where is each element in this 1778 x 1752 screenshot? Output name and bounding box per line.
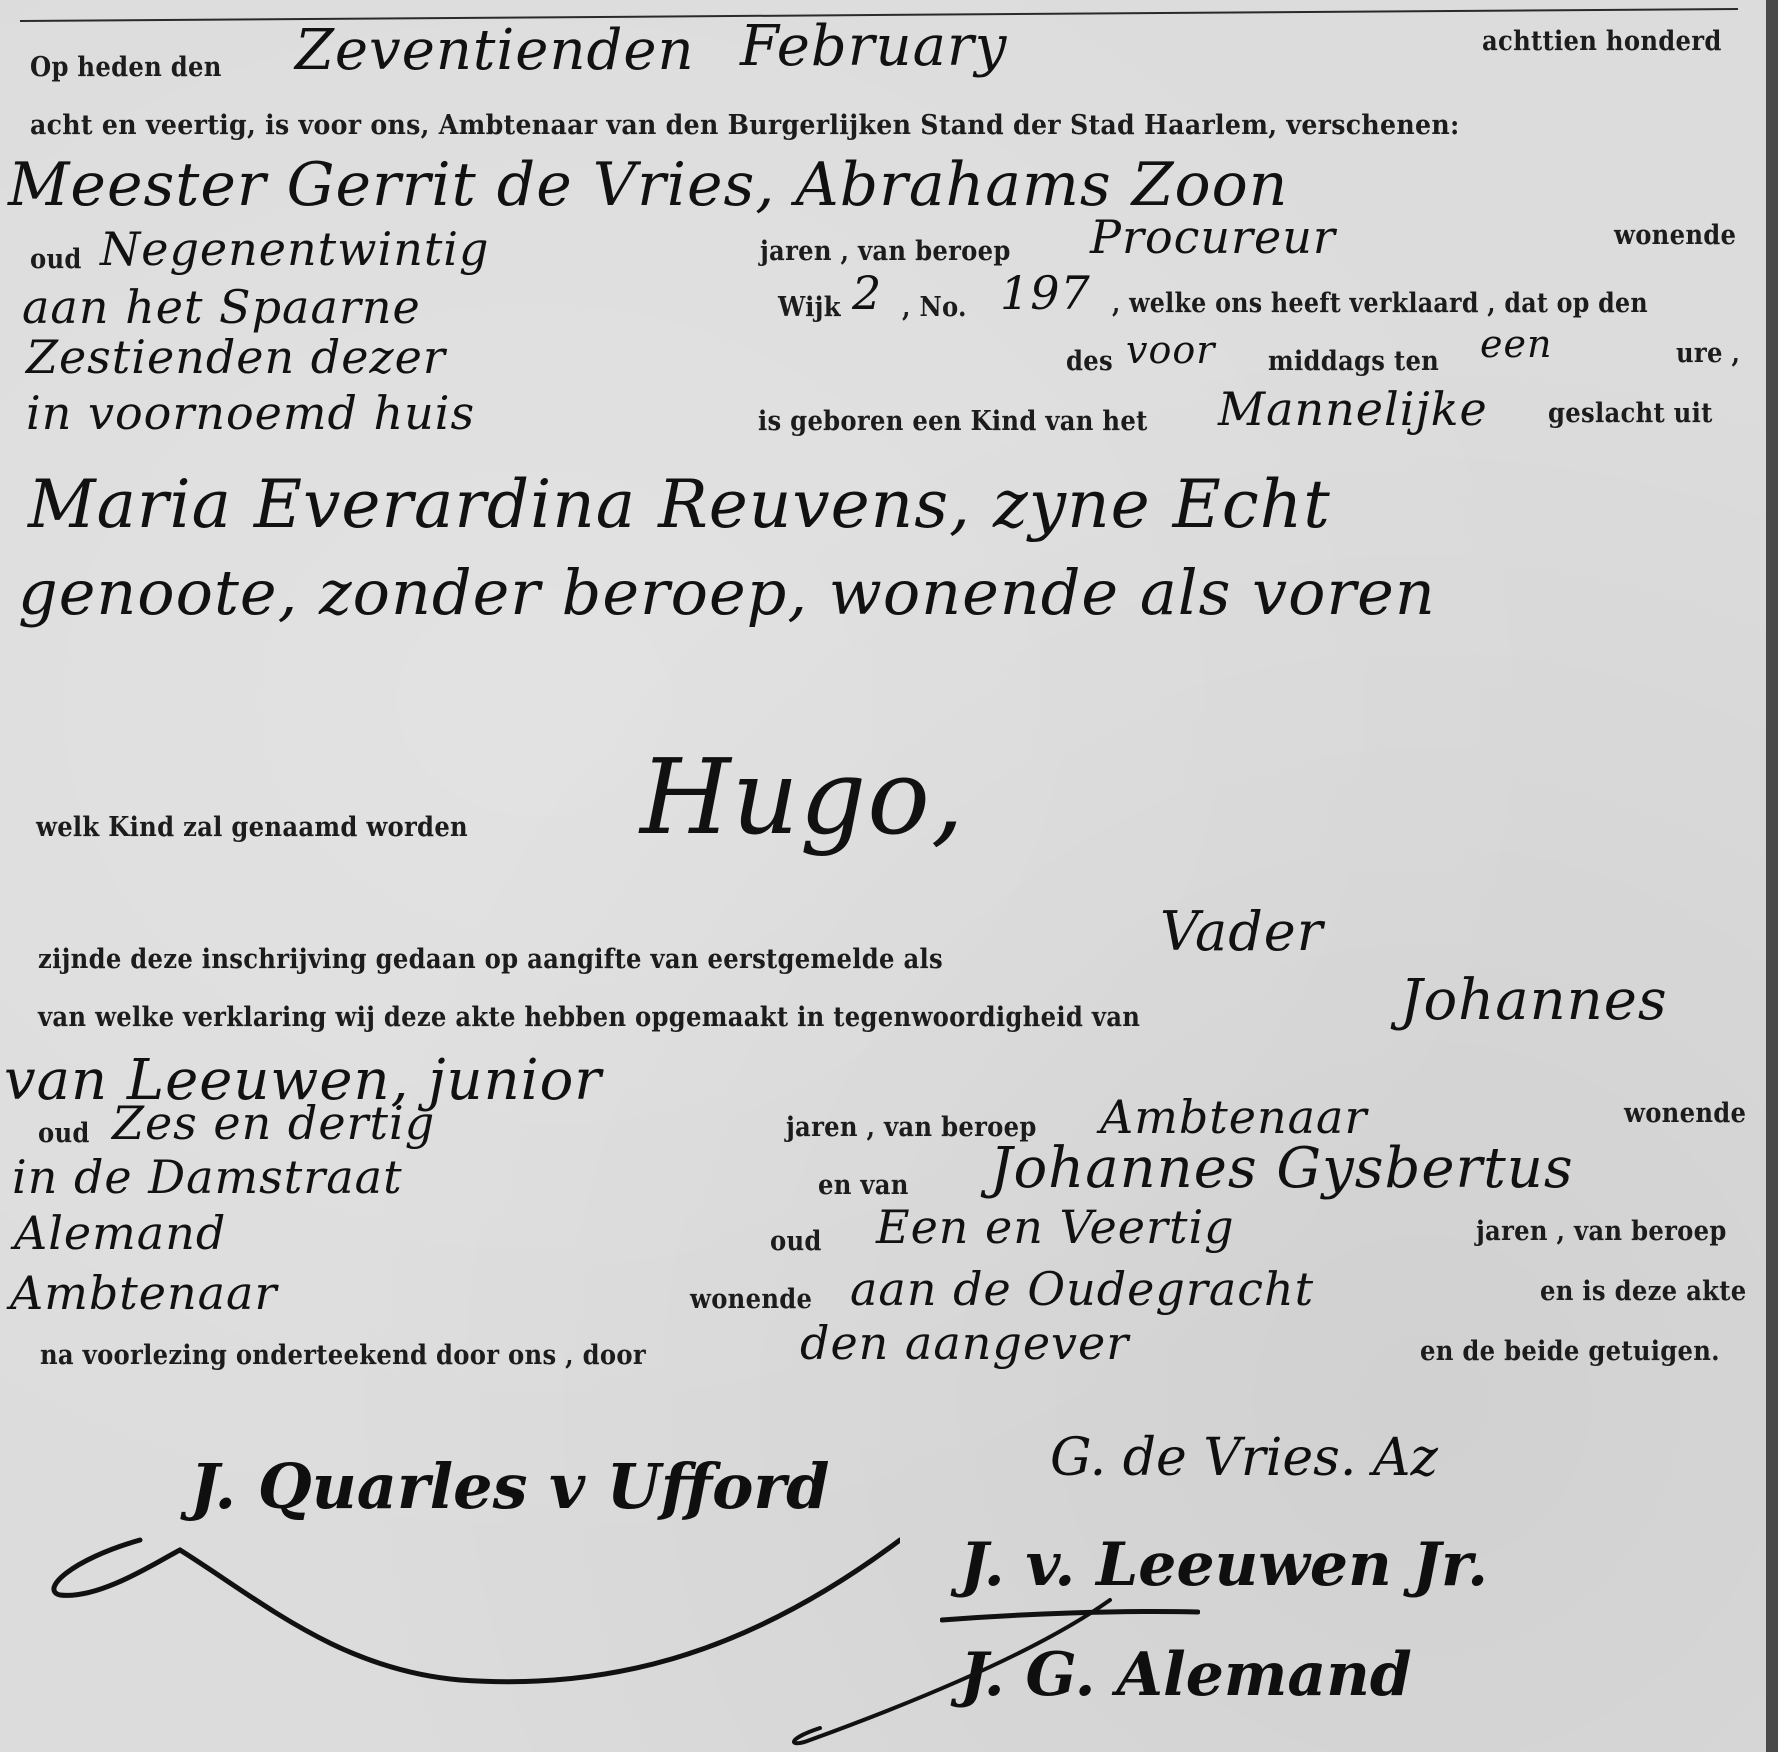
page-edge-shadow [1766,0,1778,1752]
printed-en-van: en van [818,1170,909,1201]
handwritten-declarant-profession: Procureur [1090,210,1336,264]
printed-no: , No. [902,292,967,323]
printed-achttien-honderd: achttien honderd [1482,26,1722,57]
handwritten-child-name: Hugo, [640,736,965,858]
handwritten-day: Zeventienden [295,18,695,83]
printed-wijk: Wijk [778,292,841,323]
handwritten-sex: Mannelijke [1218,382,1488,436]
handwritten-witness2-name-cont: Alemand [14,1206,226,1260]
printed-oud-2: oud [38,1118,90,1149]
handwritten-declarant-residence: aan het Spaarne [22,280,421,334]
printed-wonende-3: wonende [690,1284,812,1315]
printed-middags-ten: middags ten [1268,346,1439,377]
signature-witness1: J. v. Leeuwen Jr. [960,1530,1488,1600]
handwritten-witness2-age: Een en Veertig [876,1200,1235,1254]
signature-witness2: J. G. Alemand [960,1640,1412,1710]
signature-declarant: G. de Vries. Az [1050,1428,1438,1488]
printed-ure: ure , [1676,338,1740,369]
handwritten-witness1-first: Johannes [1400,968,1668,1033]
printed-en-de-beide-getuigen: en de beide getuigen. [1420,1336,1720,1367]
handwritten-witness2-name: Johannes Gysbertus [990,1136,1574,1201]
printed-welk-kind: welk Kind zal genaamd worden [36,812,468,843]
handwritten-birth-day: Zestienden dezer [26,330,446,384]
handwritten-witness1-age: Zes en dertig [112,1096,435,1150]
handwritten-hour: een [1480,322,1552,366]
handwritten-witness1-residence: in de Damstraat [12,1150,403,1204]
handwritten-mother-line2: genoote, zonder beroep, wonende als vore… [18,556,1436,629]
handwritten-witness2-profession: Ambtenaar [10,1266,277,1320]
printed-van-welke: van welke verklaring wij deze akte hebbe… [38,1002,1140,1033]
handwritten-signed-by: den aangever [800,1316,1129,1370]
printed-zijnde: zijnde deze inschrijving gedaan op aangi… [38,944,943,975]
signature-underline [940,1606,1200,1626]
printed-jaren-van-beroep-1: jaren , van beroep [760,236,1011,267]
printed-op-heden-den: Op heden den [30,52,222,83]
printed-is-geboren: is geboren een Kind van het [758,406,1148,437]
handwritten-mother-line1: Maria Everardina Reuvens, zyne Echt [28,466,1331,543]
printed-verklaard: , welke ons heeft verklaard , dat op den [1112,288,1648,319]
handwritten-dagdeel: voor [1126,328,1215,372]
handwritten-declarant-age: Negenentwintig [100,222,489,276]
printed-intro-line: acht en veertig, is voor ons, Ambtenaar … [30,110,1460,141]
handwritten-wijk-number: 2 [852,266,882,320]
handwritten-birth-place: in voornoemd huis [26,386,475,440]
printed-wonende-1: wonende [1614,220,1736,251]
printed-na-voorlezing: na voorlezing onderteekend door ons , do… [40,1340,646,1371]
birth-certificate-scan: Op heden den Zeventienden February achtt… [0,0,1778,1752]
signature-flourish [40,1520,900,1700]
handwritten-declarant-role: Vader [1160,900,1324,963]
printed-geslacht-uit: geslacht uit [1548,398,1713,429]
printed-oud-3: oud [770,1226,822,1257]
handwritten-witness2-residence: aan de Oudegracht [850,1262,1314,1316]
signature-official: J. Quarles v Ufford [190,1450,829,1523]
handwritten-house-number: 197 [1000,266,1091,320]
handwritten-month: February [740,14,1007,79]
printed-jaren-van-beroep-3: jaren , van beroep [1476,1216,1727,1247]
printed-oud-1: oud [30,244,82,275]
printed-wonende-2: wonende [1624,1098,1746,1129]
printed-en-is-deze-akte: en is deze akte [1540,1276,1746,1307]
printed-des: des [1066,346,1113,377]
